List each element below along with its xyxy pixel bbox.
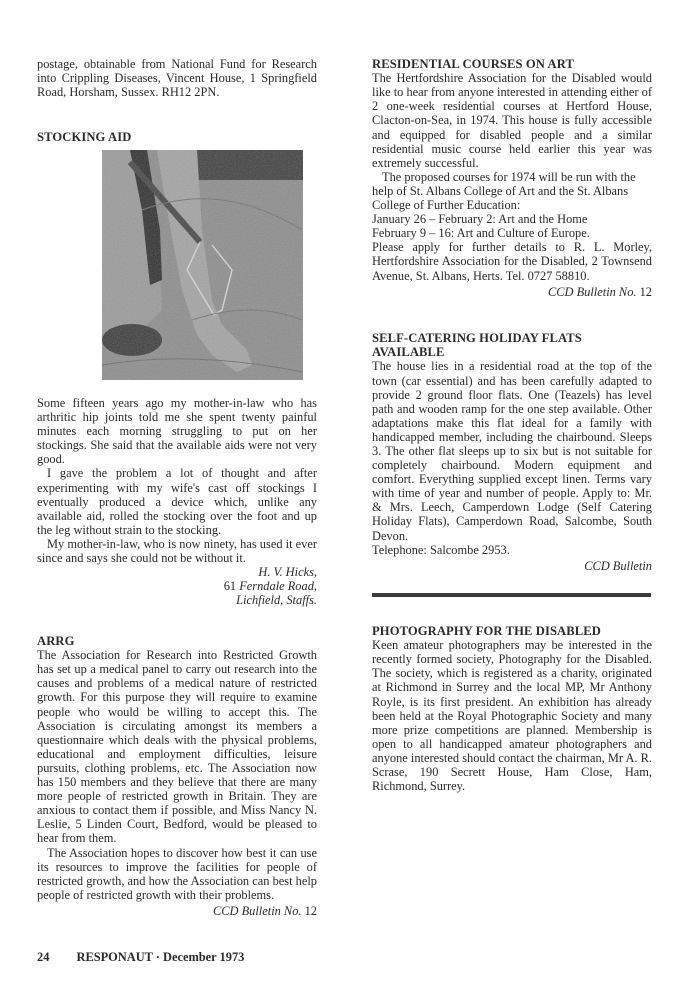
signature-address-street: 61 Ferndale Road, xyxy=(37,579,317,593)
left-column-top: postage, obtainable from National Fund f… xyxy=(37,57,317,144)
stocking-aid-photo xyxy=(102,150,303,380)
arrg-heading: ARRG xyxy=(37,634,317,648)
section-divider xyxy=(372,593,651,597)
holiday-flats-telephone: Telephone: Salcombe 2953. xyxy=(372,543,652,557)
holiday-flats-heading-line-1: SELF-CATERING HOLIDAY FLATS xyxy=(372,331,652,345)
residential-courses-contact: Please apply for further details to R. L… xyxy=(372,240,652,282)
residential-source-number: 12 xyxy=(640,285,652,299)
arrg-source: CCD Bulletin No. 12 xyxy=(37,904,317,918)
residential-courses-paragraph-1: The Hertfordshire Association for the Di… xyxy=(372,71,652,170)
holiday-flats-source: CCD Bulletin xyxy=(372,559,652,573)
stocking-aid-heading: STOCKING AID xyxy=(37,130,317,144)
signature-address-city: Lichfield, Staffs. xyxy=(37,593,317,607)
intro-paragraph: postage, obtainable from National Fund f… xyxy=(37,57,317,99)
photography-paragraph: Keen amateur photographers may be intere… xyxy=(372,638,652,793)
stocking-aid-paragraph-2: I gave the problem a lot of thought and … xyxy=(37,466,317,536)
page-number: 24 xyxy=(37,950,49,964)
arrg-article: ARRG The Association for Research into R… xyxy=(37,634,317,918)
residential-courses-source: CCD Bulletin No. 12 xyxy=(372,285,652,299)
residential-courses-paragraph-2: The proposed courses for 1974 will be ru… xyxy=(372,170,652,212)
publication-name: RESPONAUT · December 1973 xyxy=(77,950,245,964)
arrg-source-number: 12 xyxy=(305,904,317,918)
residential-courses-article: RESIDENTIAL COURSES ON ART The Hertfords… xyxy=(372,57,652,299)
residential-source-title: CCD Bulletin No. xyxy=(548,285,636,299)
arrg-source-title: CCD Bulletin No. xyxy=(213,904,301,918)
stocking-aid-article: Some fifteen years ago my mother-in-law … xyxy=(37,396,317,607)
signature-name: H. V. Hicks, xyxy=(37,565,317,579)
schedule-item-1: January 26 – February 2: Art and the Hom… xyxy=(372,212,652,226)
holiday-flats-article: SELF-CATERING HOLIDAY FLATS AVAILABLE Th… xyxy=(372,331,652,573)
arrg-paragraph-1: The Association for Research into Restri… xyxy=(37,648,317,845)
address-number: 61 xyxy=(224,579,236,593)
arrg-paragraph-2: The Association hopes to discover how be… xyxy=(37,846,317,902)
stocking-aid-paragraph-3: My mother-in-law, who is now ninety, has… xyxy=(37,537,317,565)
stocking-aid-paragraph-1: Some fifteen years ago my mother-in-law … xyxy=(37,396,317,466)
photo-image-icon xyxy=(102,150,303,380)
page-footer: 24 RESPONAUT · December 1973 xyxy=(37,950,244,965)
photography-heading: PHOTOGRAPHY FOR THE DISABLED xyxy=(372,624,652,638)
holiday-flats-heading-line-2: AVAILABLE xyxy=(372,345,652,359)
residential-courses-heading: RESIDENTIAL COURSES ON ART xyxy=(372,57,652,71)
address-street: Ferndale Road, xyxy=(239,579,317,593)
schedule-item-2: February 9 – 16: Art and Culture of Euro… xyxy=(372,226,652,240)
holiday-flats-paragraph: The house lies in a residential road at … xyxy=(372,359,652,542)
photography-article: PHOTOGRAPHY FOR THE DISABLED Keen amateu… xyxy=(372,624,652,793)
